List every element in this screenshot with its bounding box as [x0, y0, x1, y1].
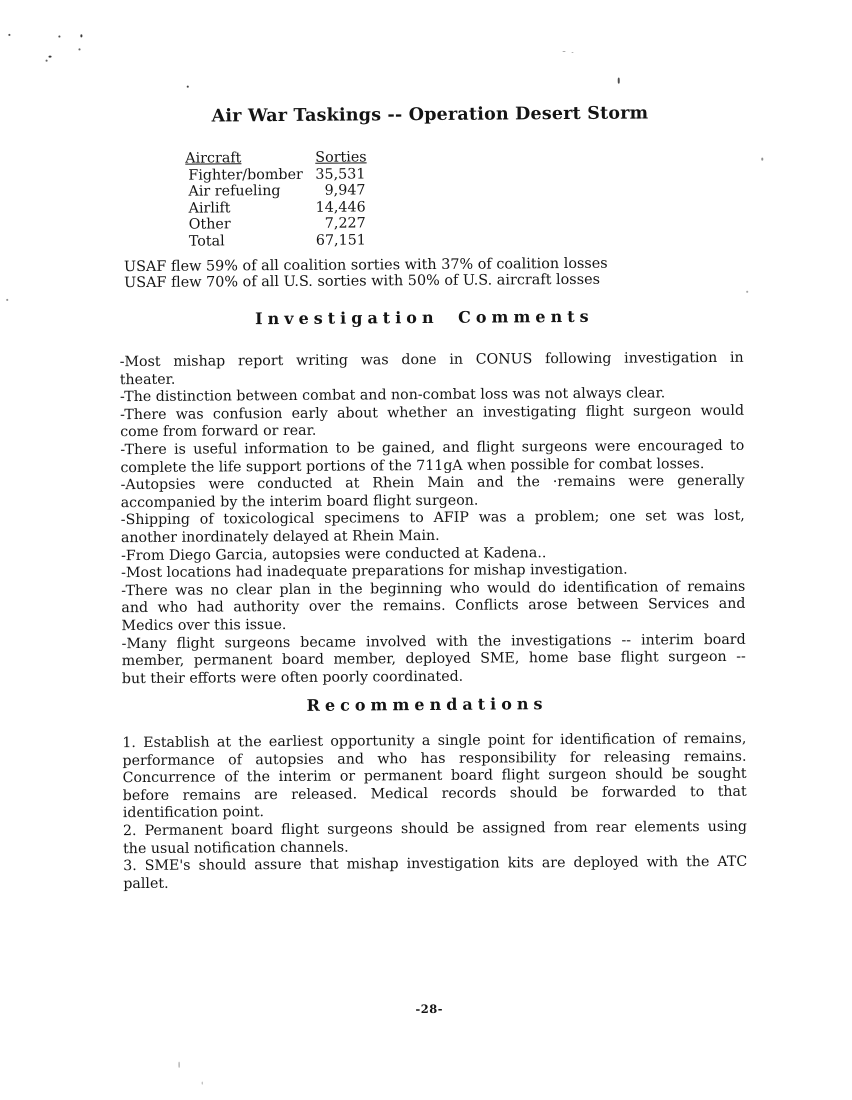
- scan-speck: [187, 86, 189, 88]
- scan-speck: [6, 299, 8, 301]
- recommendation-item: 2. Permanent board flight surgeons shoul…: [123, 819, 747, 859]
- page-title: Air War Taskings -- Operation Desert Sto…: [0, 102, 849, 128]
- document-page: Air War Taskings -- Operation Desert Sto…: [0, 0, 852, 1100]
- scan-speck: [8, 34, 10, 36]
- table-cell-sorties: 67,151: [316, 232, 366, 249]
- scan-speck: [202, 1082, 203, 1085]
- investigation-comments-heading: Investigation Comments: [0, 305, 850, 330]
- comment-paragraph: -Autopsies were conducted at Rhein Main …: [120, 473, 744, 513]
- scan-speck: [58, 36, 60, 38]
- usaf-summary: USAF flew 59% of all coalition sorties w…: [124, 256, 608, 292]
- table-cell-aircraft: Airlift: [186, 200, 316, 218]
- recommendation-item: 3. SME's should assure that mishap inves…: [123, 854, 747, 894]
- recommendations-heading: Recommendations: [1, 692, 852, 717]
- sorties-table: Aircraft Sorties Fighter/bomber 35,531 A…: [185, 149, 366, 250]
- scan-speck: [78, 48, 80, 50]
- scan-speck: [563, 51, 566, 52]
- table-cell-sorties: 7,227: [316, 216, 366, 233]
- usaf-summary-line: USAF flew 70% of all U.S. sorties with 5…: [124, 272, 608, 292]
- scan-speck: [179, 1062, 180, 1068]
- paragraph-line: but their efforts were often poorly coor…: [122, 666, 746, 688]
- scan-speck: [746, 291, 748, 293]
- scan-speck: [618, 78, 620, 84]
- scan-speck: [80, 34, 82, 37]
- comment-paragraph: -There was confusion early about whether…: [120, 403, 744, 443]
- page-number: -28-: [3, 999, 852, 1019]
- table-cell-aircraft: Total: [186, 233, 316, 251]
- table-cell-aircraft: Fighter/bomber: [185, 166, 315, 184]
- comment-paragraph: -There is useful information to be gaine…: [120, 438, 744, 478]
- scan-speck: [572, 52, 574, 53]
- comment-paragraph: -Most mishap report writing was done in …: [120, 350, 744, 390]
- scan-speck: [46, 60, 48, 62]
- table-cell-sorties: 14,446: [316, 199, 366, 216]
- table-cell-sorties: 35,531: [315, 166, 365, 183]
- investigation-comments-body: -Most mishap report writing was done in …: [120, 350, 746, 689]
- scan-speck: [49, 56, 52, 58]
- table-header-sorties: Sorties: [315, 149, 365, 166]
- table-cell-sorties: 9,947: [315, 183, 365, 200]
- recommendation-item: 1. Establish at the earliest opportunity…: [122, 731, 747, 823]
- table-cell-aircraft: Other: [186, 216, 316, 234]
- scan-artifacts-layer: [0, 0, 848, 3]
- table-cell-aircraft: Air refueling: [185, 183, 315, 201]
- table-header-aircraft: Aircraft: [185, 150, 315, 168]
- comment-paragraph: -Many flight surgeons became involved wi…: [122, 631, 746, 688]
- comment-paragraph: -There was no clear plan in the beginnin…: [121, 578, 745, 635]
- comment-paragraph: -Shipping of toxicological specimens to …: [121, 508, 745, 548]
- recommendations-body: 1. Establish at the earliest opportunity…: [122, 731, 747, 894]
- scan-speck: [761, 158, 763, 161]
